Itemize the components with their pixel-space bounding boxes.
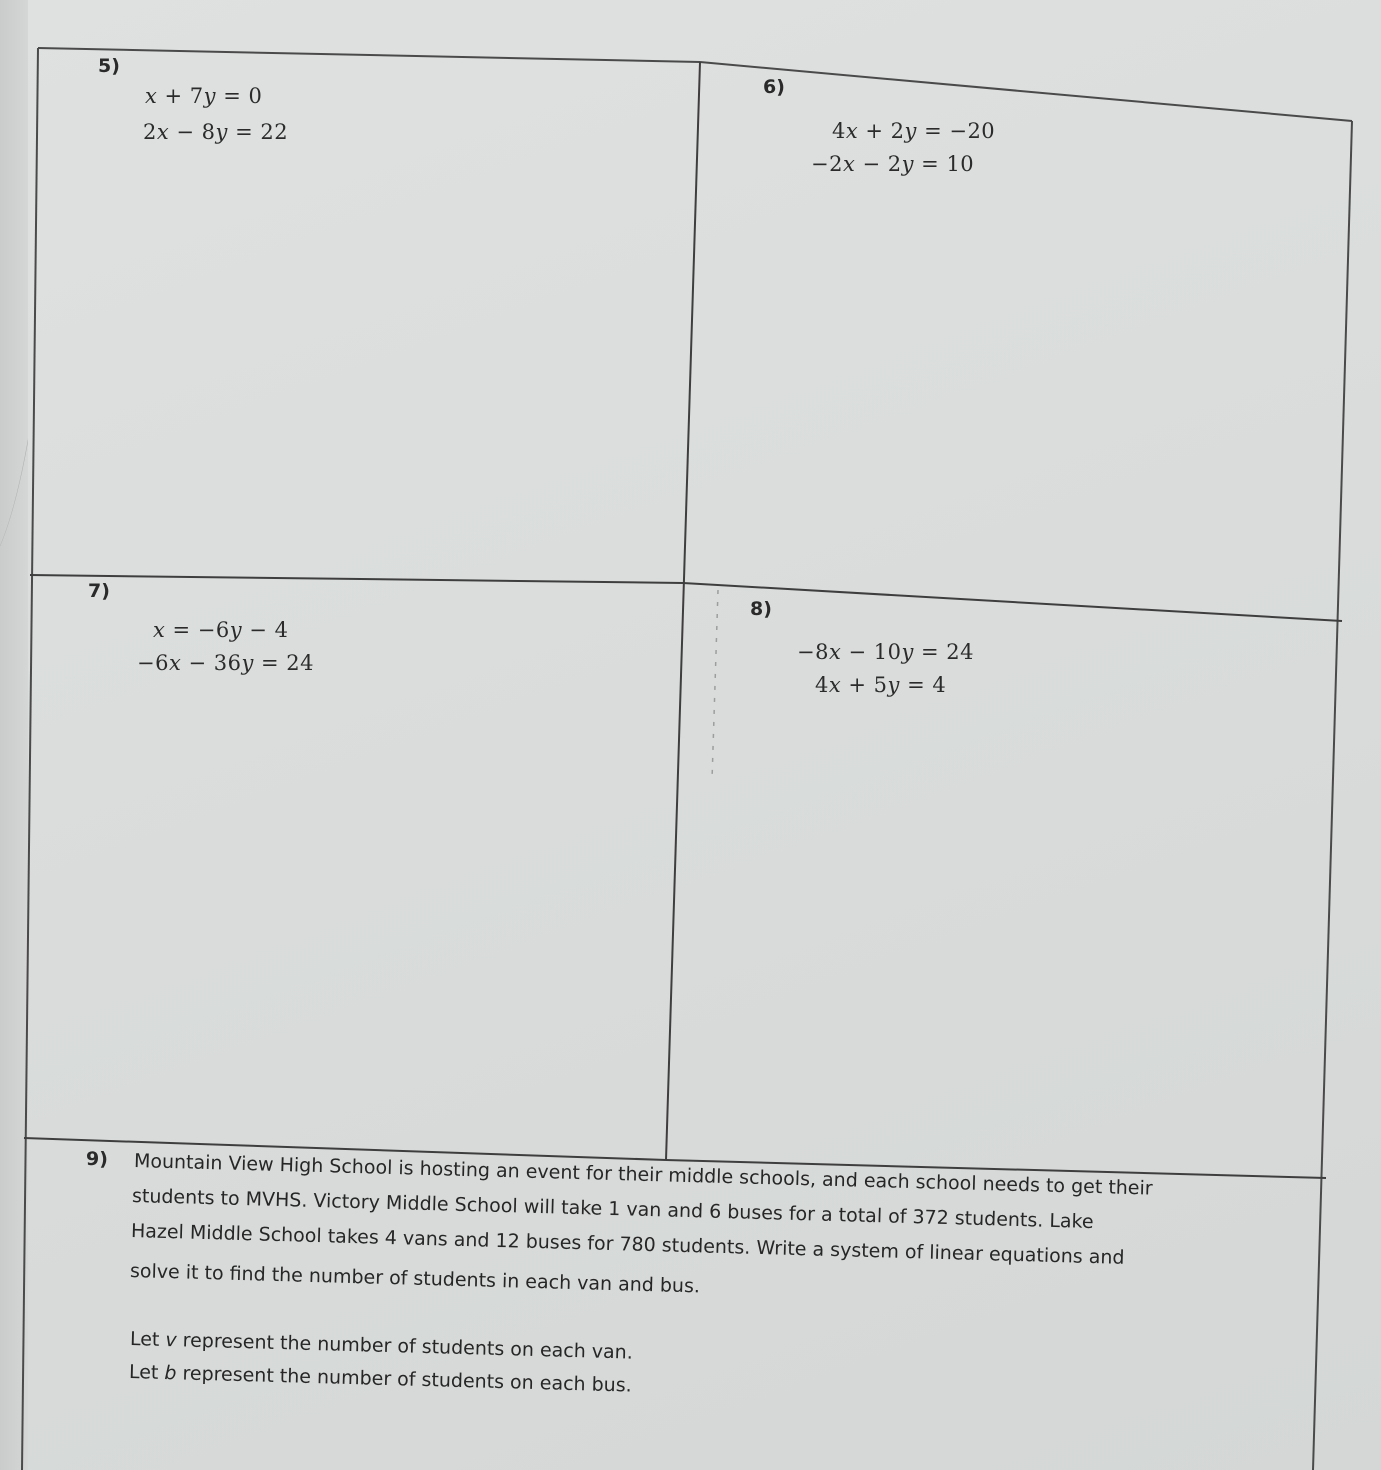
problem-7-number: 7) <box>88 580 110 602</box>
problem-8-equation-1: −8x − 10y = 24 <box>797 640 974 664</box>
problem-5-number: 5) <box>98 55 120 77</box>
problem-8-number: 8) <box>750 598 772 620</box>
problem-6-equation-2: −2x − 2y = 10 <box>811 152 974 176</box>
problem-6-number: 6) <box>763 76 785 98</box>
let-prefix: Let <box>129 1361 165 1384</box>
problem-6-equation-1: 4x + 2y = −20 <box>832 119 995 143</box>
variable-b: b <box>164 1362 177 1384</box>
problem-5-equation-1: x + 7y = 0 <box>145 84 262 108</box>
problem-8-equation-2: 4x + 5y = 4 <box>815 673 946 697</box>
problem-7-equation-1: x = −6y − 4 <box>153 618 288 642</box>
variable-v: v <box>165 1329 177 1351</box>
problem-7-equation-2: −6x − 36y = 24 <box>137 651 314 675</box>
let-prefix: Let <box>130 1328 166 1351</box>
problem-5-equation-2: 2x − 8y = 22 <box>143 120 288 144</box>
problem-9-number: 9) <box>86 1148 108 1170</box>
